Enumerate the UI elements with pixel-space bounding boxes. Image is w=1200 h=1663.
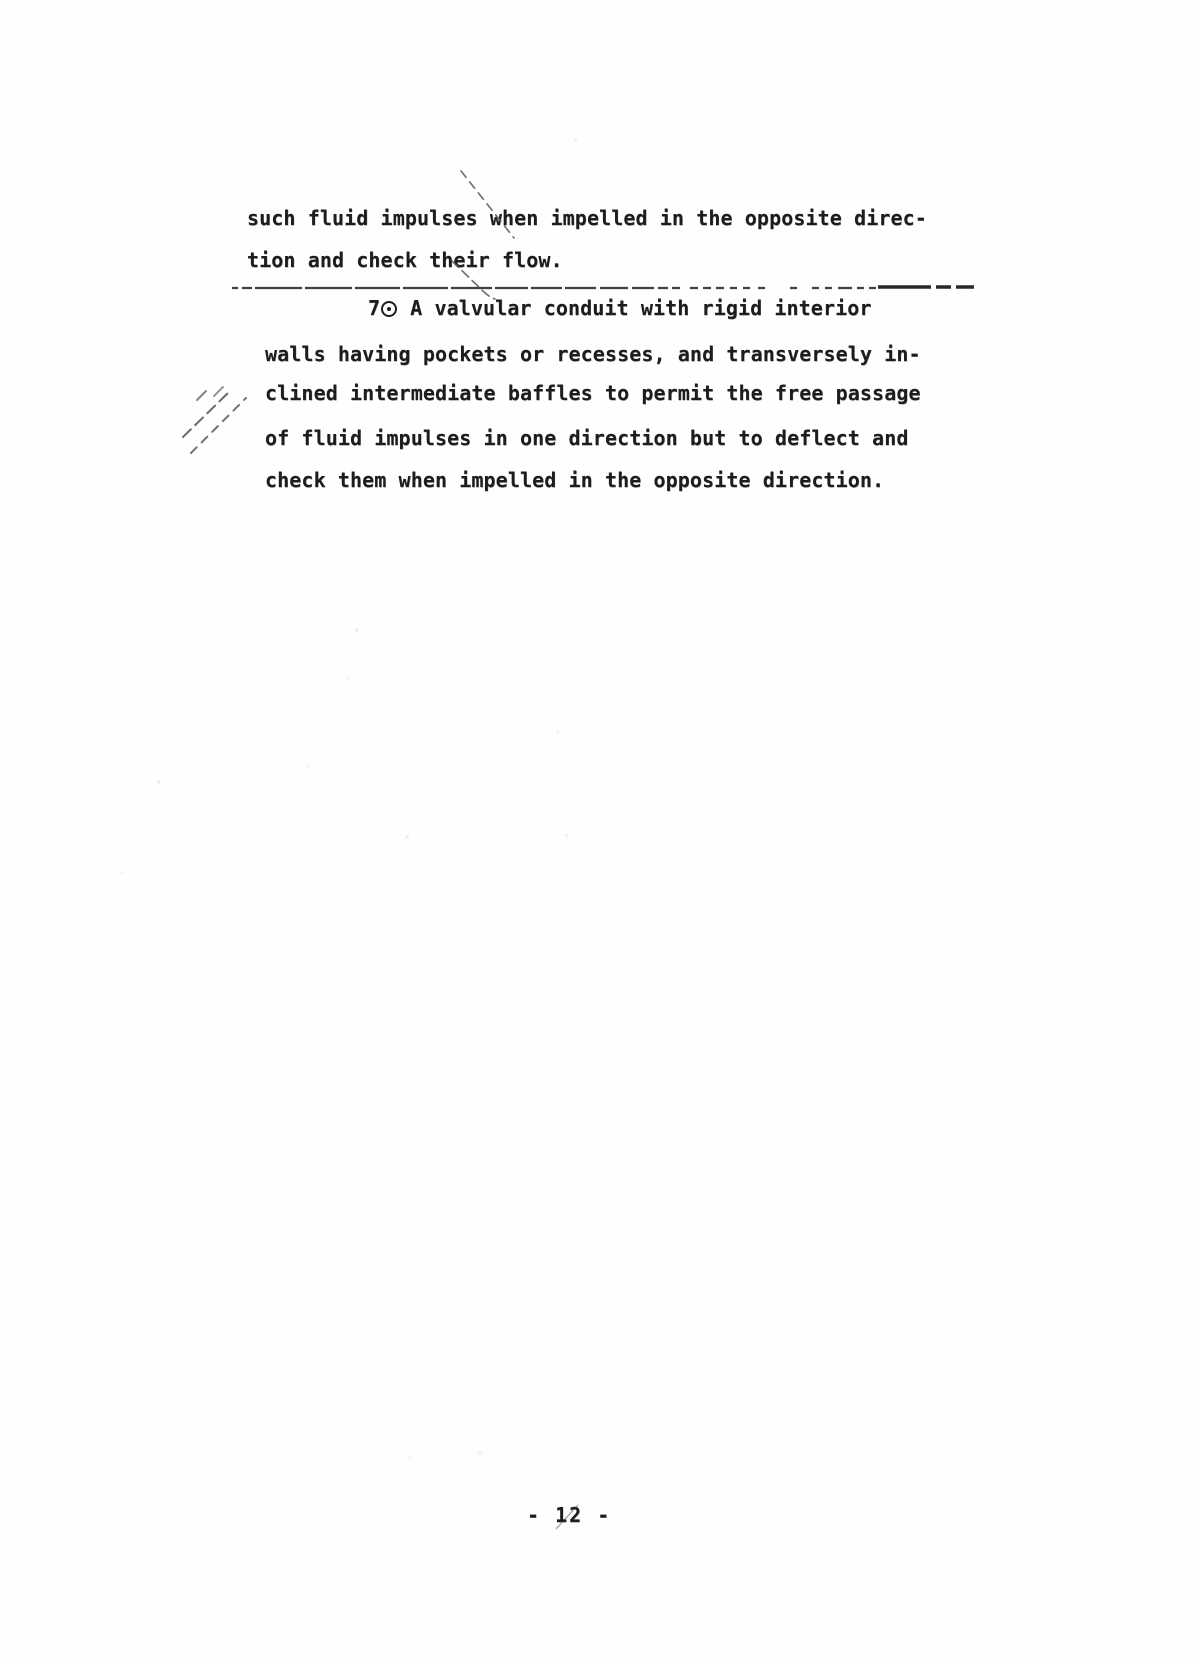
scan-speck [407,1456,411,1459]
pencil-diagonal-stroke [452,171,514,299]
typed-line-2: tion and check their flow. [247,247,563,273]
claim-line-3: clined intermediate baffles to permit th… [265,380,921,406]
claim-number: 7 [368,295,380,321]
pencil-margin-double-slash [183,387,246,453]
scanned-document-page: such fluid impulses when impelled in the… [0,0,1200,1663]
scan-speck [157,780,160,784]
scan-speck [121,871,124,874]
scan-speck [406,835,409,839]
scan-speck [565,834,568,837]
typed-line-1: such fluid impulses when impelled in the… [247,205,927,231]
claim-first-line-text: A valvular conduit with rigid interior [410,295,871,321]
circled-period-mark [381,301,397,317]
scan-speck [355,628,358,632]
dashed-separator-line [232,287,974,288]
claim-line-4: of fluid impulses in one direction but t… [265,425,908,451]
scan-marks-overlay [0,0,1200,1663]
claim-line-5: check them when impelled in the opposite… [265,467,884,493]
scan-speck [477,1451,483,1455]
scan-speck [276,629,278,631]
scan-speck [556,730,559,733]
scan-speck [347,677,350,680]
circled-period-dot [387,307,391,311]
claim-first-line: 7A valvular conduit with rigid interior [368,295,872,321]
page-number: - 12 - [527,1502,611,1528]
claim-line-2: walls having pockets or recesses, and tr… [265,341,921,367]
scan-speck [306,765,309,768]
scan-speck [574,139,577,142]
